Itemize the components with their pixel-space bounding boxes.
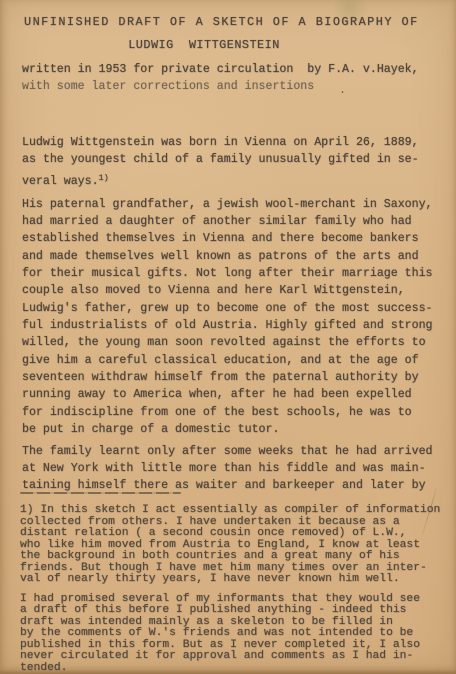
para2-line-9: willed, the young man soon revolted agai… — [22, 336, 426, 350]
para2-line-6: couple also moved to Vienna and here Kar… — [22, 284, 405, 298]
para2-line-12: running away to America when, after he h… — [22, 388, 412, 402]
para2-line-1: His paternal grandfather, a jewish wool-… — [22, 198, 433, 212]
para2-line-4: and made themselves well known as patron… — [22, 250, 419, 264]
title-line-1: UNFINISHED DRAFT OF A SKETCH OF A BIOGRA… — [24, 15, 419, 29]
para2-line-5: for their musical gifts. Not long after … — [22, 267, 433, 281]
title-line-2: LUDWIG WITTGENSTEIN — [22, 38, 386, 52]
para1-line-1: Ludwig Wittgenstein was born in Vienna o… — [22, 136, 419, 150]
para3-line-2: at New York with little more than his fi… — [22, 462, 426, 476]
footnote2-line-6: never circulated it for approval and com… — [20, 649, 413, 663]
para2-line-3: established themselves in Vienna and the… — [22, 232, 419, 246]
byline-line-1: written in 1953 for private circulation … — [22, 63, 419, 77]
para3-line-3: taining himself there as waiter and bark… — [22, 479, 426, 493]
para2-line-10: give him a careful classical education, … — [22, 354, 419, 368]
para2-line-11: seventeen withdraw himself from the pate… — [22, 371, 419, 385]
document-page: UNFINISHED DRAFT OF A SKETCH OF A BIOGRA… — [0, 0, 456, 674]
para2-line-14: be put in charge of a domestic tutor. — [22, 423, 279, 437]
page-bottom-edge — [0, 670, 456, 674]
para2-line-2: had married a daughter of another simila… — [22, 215, 412, 229]
para2-line-13: for indiscipline from one of the best sc… — [22, 406, 412, 420]
para1-line-2: as the youngest child of a family unusua… — [22, 153, 419, 167]
stray-ink-mark: . — [339, 84, 346, 97]
footnote-separator-rule — [20, 492, 181, 494]
para1-line-3: veral ways.1) — [22, 171, 109, 189]
byline-line-2: with some later corrections and insertio… — [22, 80, 314, 94]
para1-line-3-text: veral ways. — [22, 175, 99, 188]
footnote-reference-mark: 1) — [99, 173, 109, 183]
para2-line-8: ful industrialists of old Austria. Highl… — [22, 319, 433, 333]
footnote1-line-7: val of nearly thirty years, I have never… — [20, 572, 400, 586]
para2-line-7: Ludwig's father, grew up to become one o… — [22, 302, 433, 316]
para3-line-1: The family learnt only after some weeks … — [22, 445, 433, 459]
